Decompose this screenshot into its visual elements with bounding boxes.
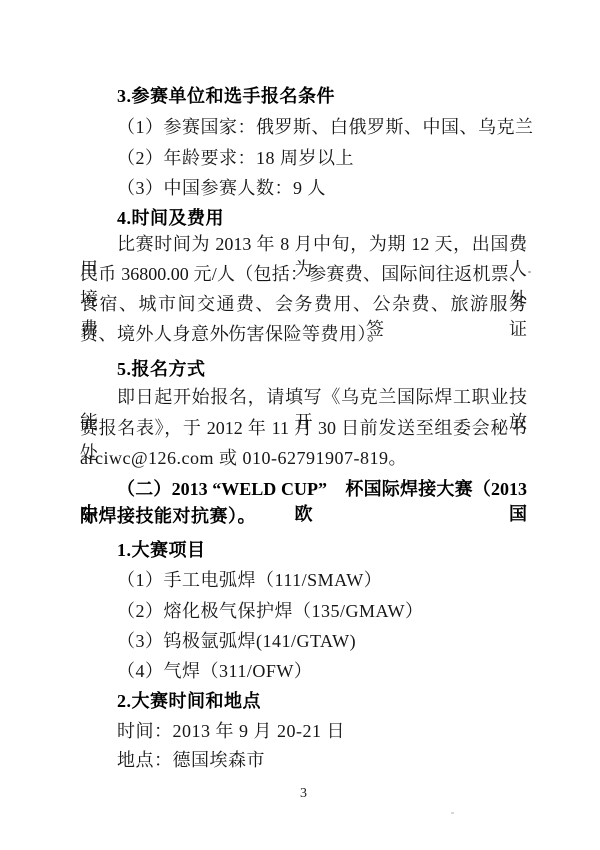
heading-competition-events: 1.大赛项目 [80, 538, 527, 563]
heading-weld-cup-line2: 际焊接技能对抗赛）。 [80, 504, 527, 529]
line-competition-time: 时间：2013 年 9 月 20-21 日 [80, 719, 527, 744]
scan-speck [528, 271, 531, 273]
heading-time-and-fees: 4.时间及费用 [80, 206, 527, 231]
document-page: 3.参赛单位和选手报名条件 （1）参赛国家：俄罗斯、白俄罗斯、中国、乌克兰 （2… [0, 0, 600, 850]
item-age-requirement: （2）年龄要求：18 周岁以上 [80, 146, 527, 171]
item-event-smaw: （1）手工电弧焊（111/SMAW） [80, 568, 527, 593]
item-event-ofw: （4）气焊（311/OFW） [80, 659, 527, 684]
scan-speck [451, 812, 454, 814]
item-china-participant-count: （3）中国参赛人数：9 人 [80, 176, 527, 201]
page-number: 3 [80, 786, 527, 802]
scan-speck [522, 247, 526, 249]
heading-competition-time-location: 2.大赛时间和地点 [80, 689, 527, 714]
item-event-gtaw: （3）钨极氩弧焊(141/GTAW) [80, 629, 527, 654]
item-participating-countries: （1）参赛国家：俄罗斯、白俄罗斯、中国、乌克兰 [80, 115, 527, 140]
para-time-fees-line4: 费、境外人身意外伤害保险等费用）。 [80, 322, 527, 347]
line-competition-location: 地点：德国埃森市 [80, 748, 527, 773]
heading-registration-conditions: 3.参赛单位和选手报名条件 [80, 84, 527, 109]
item-event-gmaw: （2）熔化极气保护焊（135/GMAW） [80, 599, 527, 624]
para-registration-contact: arciwc@126.com 或 010-62791907-819。 [80, 446, 527, 471]
heading-registration-method: 5.报名方式 [80, 357, 527, 382]
